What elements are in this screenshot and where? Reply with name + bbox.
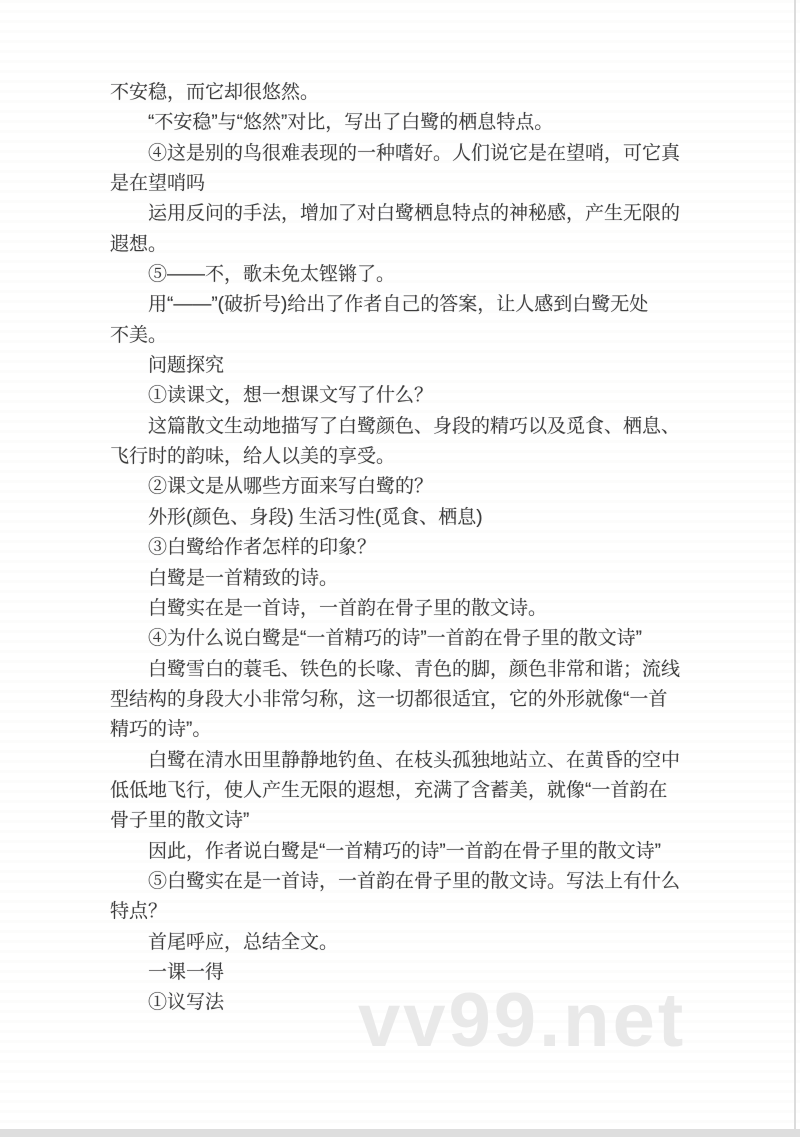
text-line: 型结构的身段大小非常匀称，这一切都很适宜，它的外形就像“一首 (110, 685, 710, 715)
page-right-edge-line (794, 0, 796, 1137)
text-line: 不安稳，而它却很悠然。 (110, 78, 710, 108)
text-line: 白鹭实在是一首诗，一首韵在骨子里的散文诗。 (110, 594, 710, 624)
text-line: 特点？ (110, 897, 710, 927)
text-line: 这篇散文生动地描写了白鹭颜色、身段的精巧以及觅食、栖息、 (110, 412, 710, 442)
page-bottom-bar (0, 1129, 800, 1137)
text-line: 外形(颜色、身段) 生活习性(觅食、栖息) (110, 503, 710, 533)
scanned-document-page: 不安稳，而它却很悠然。“不安稳”与“悠然”对比，写出了白鹭的栖息特点。④这是别的… (0, 0, 800, 1137)
text-line: ④为什么说白鹭是“一首精巧的诗”一首韵在骨子里的散文诗” (110, 624, 710, 654)
text-line: ③白鹭给作者怎样的印象？ (110, 533, 710, 563)
text-line: ④这是别的鸟很难表现的一种嗜好。人们说它是在望哨，可它真 (110, 139, 710, 169)
text-line: 首尾呼应，总结全文。 (110, 928, 710, 958)
text-line: ⑤白鹭实在是一首诗，一首韵在骨子里的散文诗。写法上有什么 (110, 867, 710, 897)
text-line: 白鹭雪白的蓑毛、铁色的长喙、青色的脚，颜色非常和谐；流线 (110, 655, 710, 685)
watermark: vv99.net (358, 983, 686, 1059)
text-line: “不安稳”与“悠然”对比，写出了白鹭的栖息特点。 (110, 108, 710, 138)
text-line: 骨子里的散文诗” (110, 806, 710, 836)
text-block: 不安稳，而它却很悠然。“不安稳”与“悠然”对比，写出了白鹭的栖息特点。④这是别的… (110, 78, 710, 1019)
text-line: 因此，作者说白鹭是“一首精巧的诗”一首韵在骨子里的散文诗” (110, 837, 710, 867)
text-line: 不美。 (110, 321, 710, 351)
text-line: 用“——”(破折号)给出了作者自己的答案，让人感到白鹭无处 (110, 290, 710, 320)
text-line: 遐想。 (110, 230, 710, 260)
text-line: 白鹭是一首精致的诗。 (110, 564, 710, 594)
text-line: ①读课文，想一想课文写了什么？ (110, 381, 710, 411)
text-line: 运用反问的手法，增加了对白鹭栖息特点的神秘感，产生无限的 (110, 199, 710, 229)
text-line: ②课文是从哪些方面来写白鹭的？ (110, 472, 710, 502)
text-line: 精巧的诗”。 (110, 715, 710, 745)
text-line: 是在望哨吗 (110, 169, 710, 199)
text-line: 白鹭在清水田里静静地钓鱼、在枝头孤独地站立、在黄昏的空中 (110, 746, 710, 776)
text-line: ⑤——不，歌未免太铿锵了。 (110, 260, 710, 290)
text-line: 飞行时的韵味，给人以美的享受。 (110, 442, 710, 472)
text-line: 低低地飞行，使人产生无限的遐想，充满了含蓄美，就像“一首韵在 (110, 776, 710, 806)
text-line: 问题探究 (110, 351, 710, 381)
